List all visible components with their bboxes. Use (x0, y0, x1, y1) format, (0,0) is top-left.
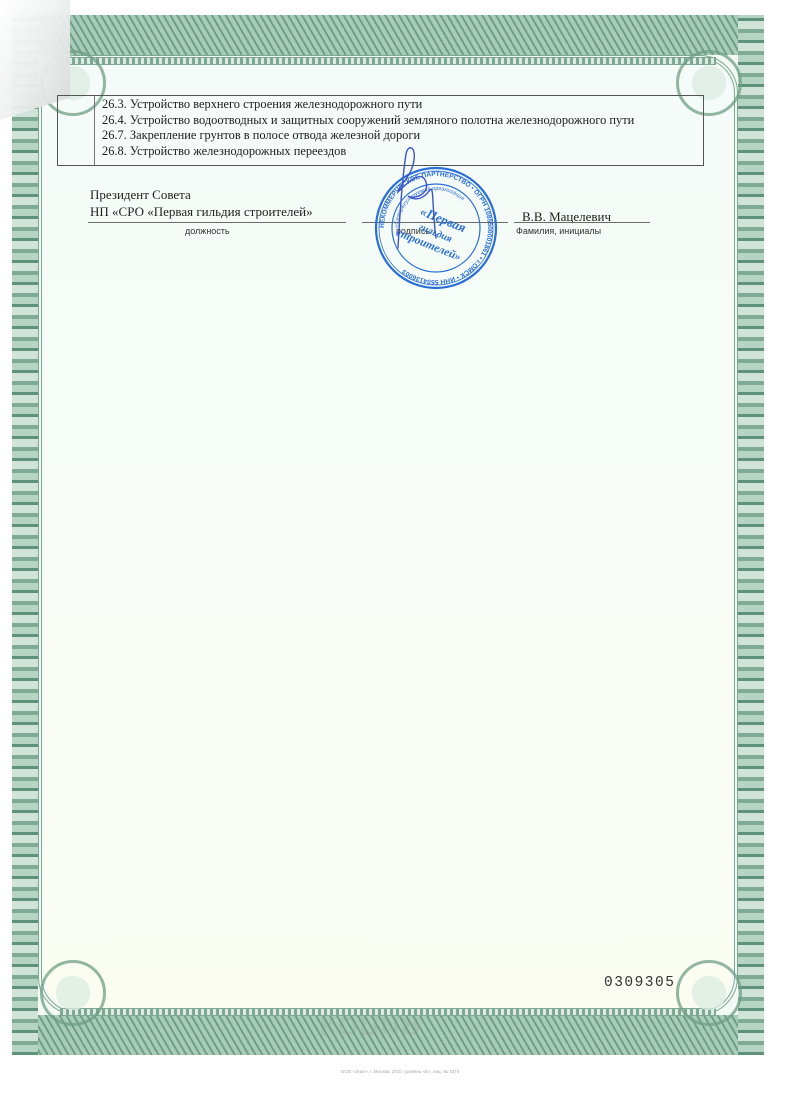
copy-watermark: КОПИЯ (320, 1010, 422, 1041)
name-caption: Фамилия, инициалы (516, 226, 601, 236)
serial-number: 0309305 (604, 975, 675, 991)
printer-imprint: ООО «Элит», г. Москва, 2010, уровень «Б»… (0, 1069, 800, 1074)
name-underline (514, 222, 650, 223)
corner-ornament-icon (40, 960, 106, 1026)
position-caption: должность (185, 226, 230, 236)
position-underline (88, 222, 346, 223)
position-line-1: Президент Совета (90, 186, 313, 203)
handwritten-signature-icon (370, 140, 490, 250)
signatory-position: Президент Совета НП «СРО «Первая гильдия… (90, 186, 313, 220)
corner-ornament-icon (676, 960, 742, 1026)
position-line-2: НП «СРО «Первая гильдия строителей» (90, 203, 313, 220)
